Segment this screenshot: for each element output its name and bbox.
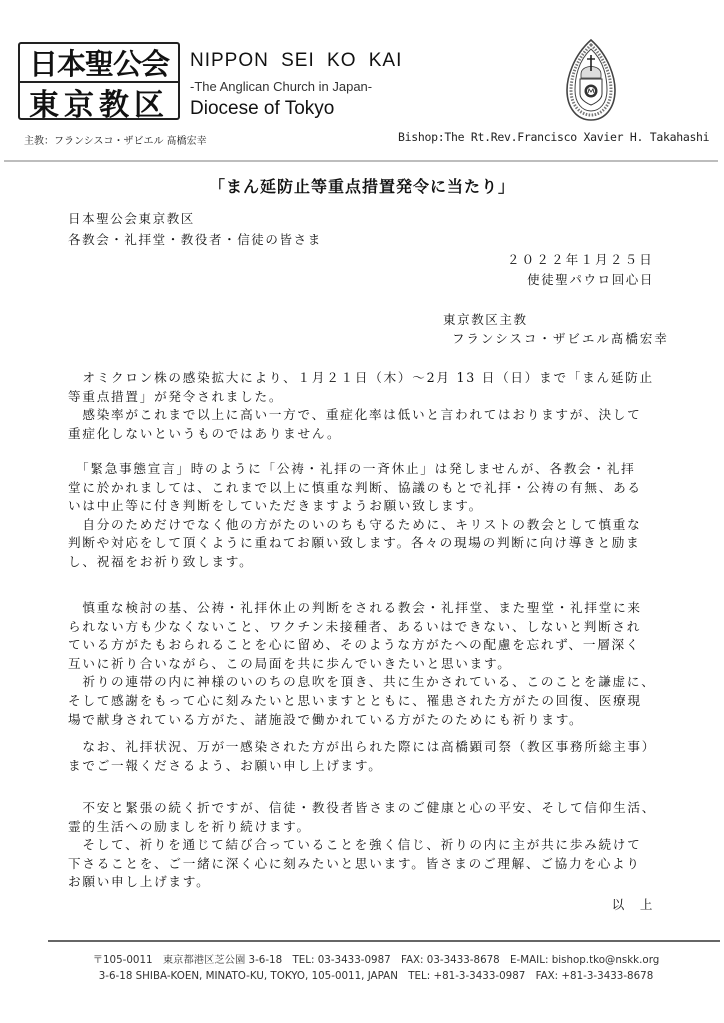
footer-address-en: 3-6-18 SHIBA-KOEN, MINATO-KU, TOKYO, 105… — [0, 967, 724, 982]
paragraph-line: お願い申し上げます。 — [68, 873, 668, 892]
diocese-seal-icon — [565, 38, 617, 122]
footer-divider — [48, 940, 720, 942]
paragraph-line: 堂に於かれましては、これまで以上に慎重な判断、協議のもとで礼拝・公祷の有無、ある — [68, 479, 668, 498]
diocese-name: Diocese of Tokyo — [190, 98, 334, 120]
paragraph-4: なお、礼拝状況、万が一感染された方が出られた際には高橋顕司祭（教区事務所総主事）… — [68, 738, 668, 775]
document-title: 「まん延防止等重点措置発令に当たり」 — [0, 174, 724, 197]
paragraph-2: 「緊急事態宣言」時のように「公祷・礼拝の一斉休止」は発しませんが、各教会・礼拝 … — [68, 460, 668, 572]
paragraph-line: 自分のためだけでなく他の方がたのいのちも守るために、キリストの教会として慎重な — [68, 516, 668, 535]
paragraph-line: ている方がたもおられることを心に留め、そのような方がたへの配慮を忘れず、一層深く — [68, 636, 668, 655]
header-divider — [4, 160, 718, 162]
paragraph-5: 不安と緊張の続く折ですが、信徒・教役者皆さまのご健康と心の平安、そして信仰生活、… — [68, 799, 668, 892]
paragraph-line: 霊的生活への励ましを祈り続けます。 — [68, 818, 668, 837]
paragraph-line: までご一報くださるよう、お願い申し上げます。 — [68, 757, 668, 776]
paragraph-line: 不安と緊張の続く折ですが、信徒・教役者皆さまのご健康と心の平安、そして信仰生活、 — [68, 799, 668, 818]
paragraph-line: し、祝福をお祈り致します。 — [68, 553, 668, 572]
footer-address-jp: 〒105-0011 東京都港区芝公園 3-6-18 TEL: 03-3433-0… — [0, 951, 724, 966]
paragraph-line: 感染率がこれまで以上に高い一方で、重症化率は低いと言われてはおりますが、決して — [68, 406, 668, 425]
paragraph-line: 判断や対応をして頂くように重ねてお願い致します。各々の現場の判断に向け導きと励ま — [68, 534, 668, 553]
org-subtitle: -The Anglican Church in Japan- — [190, 79, 372, 94]
paragraph-line: そして、祈りを通じて結び合っていることを強く信じ、祈りの内に主が共に歩み続けて — [68, 836, 668, 855]
sender-name: フランシスコ・ザビエル髙橋宏幸 — [452, 330, 669, 349]
addressee-line-1: 日本聖公会東京教区 — [68, 210, 195, 229]
paragraph-line: 慎重な検討の基、公祷・礼拝休止の判断をされる教会・礼拝堂、また聖堂・礼拝堂に来 — [68, 599, 668, 618]
paragraph-line: なお、礼拝状況、万が一感染された方が出られた際には高橋顕司祭（教区事務所総主事） — [68, 738, 668, 757]
closing: 以 上 — [612, 896, 654, 915]
paragraph-line: 等重点措置」が発令されました。 — [68, 388, 668, 407]
bishop-name-en: Bishop:The Rt.Rev.Francisco Xavier H. Ta… — [398, 130, 709, 144]
paragraph-line: 場で献身されている方がた、諸施設で働かれている方がたのためにも祈ります。 — [68, 711, 668, 730]
paragraph-line: 重症化しないというものではありません。 — [68, 425, 668, 444]
document-date: ２０２２年１月２５日 — [507, 251, 654, 270]
paragraph-3: 慎重な検討の基、公祷・礼拝休止の判断をされる教会・礼拝堂、また聖堂・礼拝堂に来 … — [68, 599, 668, 729]
paragraph-line: 「緊急事態宣言」時のように「公祷・礼拝の一斉休止」は発しませんが、各教会・礼拝 — [68, 460, 668, 479]
paragraph-line: 互いに祈り合いながら、この局面を共に歩んでいきたいと思います。 — [68, 655, 668, 674]
logo-line-2: 東京教区 — [20, 83, 178, 120]
paragraph-line: られない方も少なくないこと、ワクチン未接種者、あるいはできない、しないと判断され — [68, 618, 668, 637]
paragraph-line: そして感謝をもって心に刻みたいと思いますとともに、罹患された方がたの回復、医療現 — [68, 692, 668, 711]
feast-day: 使徒聖パウロ回心日 — [527, 271, 654, 290]
org-name-en: NIPPON SEI KO KAI — [190, 50, 402, 72]
paragraph-1: オミクロン株の感染拡大により、１月２１日（木）～2月 13 日（日）まで「まん延… — [68, 369, 668, 443]
addressee-line-2: 各教会・礼拝堂・教役者・信徒の皆さま — [68, 231, 322, 250]
paragraph-line: いは中止等に付き判断をしていただきますようお願い致します。 — [68, 497, 668, 516]
paragraph-line: オミクロン株の感染拡大により、１月２１日（木）～2月 13 日（日）まで「まん延… — [68, 369, 668, 388]
logo-line-1: 日本聖公会 — [20, 44, 178, 83]
sender-title: 東京教区主教 — [443, 311, 528, 330]
paragraph-line: 祈りの連帯の内に神様のいのちの息吹を頂き、共に生かされている、このことを謙虚に、 — [68, 673, 668, 692]
bishop-name-jp: 主教：フランシスコ・ザビエル 髙橋宏幸 — [24, 132, 207, 147]
logo-box: 日本聖公会 東京教区 — [18, 42, 180, 120]
paragraph-line: 下さることを、ご一緒に深く心に刻みたいと思います。皆さまのご理解、ご協力を心より — [68, 855, 668, 874]
